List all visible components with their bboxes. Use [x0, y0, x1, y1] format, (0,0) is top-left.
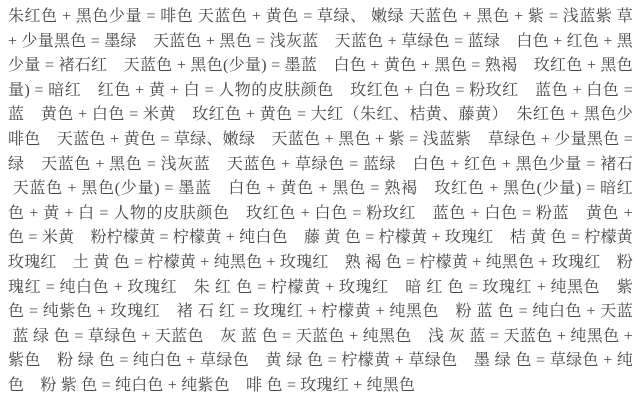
text-line: 天蓝色 + 黑色(少量) = 墨蓝 白色 + 黄色 + 黑色 = 熟褐 玫红色 … — [8, 177, 633, 202]
text-line: 色 = 米黄 粉柠檬黄 = 柠檬黄 + 纯白色 藤 黄 色 = 柠檬黄 + 玫瑰… — [8, 226, 633, 251]
text-line: 朱红色 + 黑色少量 = 啡色 天蓝色 + 黄色 = 草绿、 嫩绿 天蓝色 + … — [8, 5, 633, 30]
text-line: 色 = 纯紫色 + 玫瑰红 褚 石 红 = 玫瑰红 + 柠檬黄 + 纯黑色 粉 … — [8, 300, 633, 325]
text-line: 啡色 天蓝色 + 黄色 = 草绿、嫩绿 天蓝色 + 黑色 + 紫 = 浅蓝紫 草… — [8, 128, 633, 153]
text-line: 紫色 粉 绿 色 = 纯白色 + 草绿色 黄 绿 色 = 柠檬黄 + 草绿色 墨… — [8, 349, 633, 374]
text-line: 蓝 绿 色 = 草绿色 + 天蓝色 灰 蓝 色 = 天蓝色 + 纯黑色 浅 灰 … — [8, 325, 633, 350]
text-line: + 少量黑色 = 墨绿 天蓝色 + 黑色 = 浅灰蓝 天蓝色 + 草绿色 = 蓝… — [8, 30, 633, 55]
text-line: 绿 天蓝色 + 黑色 = 浅灰蓝 天蓝色 + 草绿色 = 蓝绿 白色 + 红色 … — [8, 153, 633, 178]
text-line: 瑰红 = 纯白色 + 玫瑰红 朱 红 色 = 柠檬黄 + 玫瑰红 暗 红 色 =… — [8, 276, 633, 301]
text-line: 玫瑰红 土 黄 色 = 柠檬黄 + 纯黑色 + 玫瑰红 熟 褐 色 = 柠檬黄 … — [8, 251, 633, 276]
color-mixing-formulas-document: 朱红色 + 黑色少量 = 啡色 天蓝色 + 黄色 = 草绿、 嫩绿 天蓝色 + … — [0, 0, 640, 404]
text-line: 量) = 暗红 红色 + 黄 + 白 = 人物的皮肤颜色 玫红色 + 白色 = … — [8, 79, 633, 104]
text-line: 少量 = 褚石红 天蓝色 + 黑色(少量) = 墨蓝 白色 + 黄色 + 黑色 … — [8, 54, 633, 79]
text-line: 色 + 黄 + 白 = 人物的皮肤颜色 玫红色 + 白色 = 粉玫红 蓝色 + … — [8, 202, 633, 227]
text-line: 蓝 黄色 + 白色 = 米黄 玫红色 + 黄色 = 大红（朱红、桔黄、藤黄） 朱… — [8, 103, 633, 128]
text-line: 色 粉 紫 色 = 纯白色 + 纯紫色 啡 色 = 玫瑰红 + 纯黑色 — [8, 374, 633, 399]
